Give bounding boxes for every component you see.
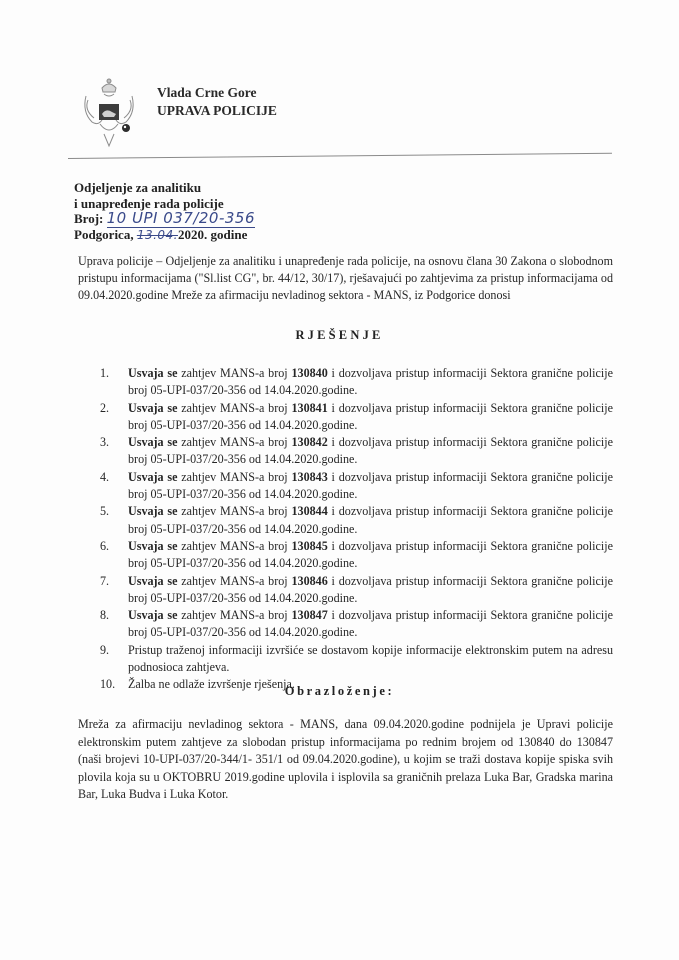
item-request-number: 130841: [291, 401, 327, 415]
decision-item: 1.Usvaja se zahtjev MANS-a broj 130840 i…: [100, 365, 613, 400]
handwritten-date: 13.04.: [137, 228, 178, 242]
item-request-number: 130843: [291, 470, 327, 484]
item-number: 5.: [100, 503, 109, 520]
number-label: Broj:: [74, 211, 103, 226]
item-number: 3.: [100, 434, 109, 451]
item-request-number: 130845: [291, 539, 327, 553]
intro-paragraph: Uprava policije – Odjeljenje za analitik…: [78, 253, 613, 304]
item-bold-lead: Usvaja se: [128, 401, 178, 415]
decision-list: 1.Usvaja se zahtjev MANS-a broj 130840 i…: [100, 365, 613, 694]
document-page: Vlada Crne Gore UPRAVA POLICIJE Odjeljen…: [0, 0, 679, 960]
decision-item: 8.Usvaja se zahtjev MANS-a broj 130847 i…: [100, 607, 613, 642]
item-text: zahtjev MANS-a broj: [178, 539, 292, 553]
item-number: 4.: [100, 469, 109, 486]
item-text: zahtjev MANS-a broj: [178, 366, 292, 380]
place-date-line: Podgorica, 13.04.2020. godine: [74, 227, 255, 244]
item-request-number: 130842: [291, 435, 327, 449]
decision-item: 6.Usvaja se zahtjev MANS-a broj 130845 i…: [100, 538, 613, 573]
item-text: zahtjev MANS-a broj: [178, 574, 292, 588]
letterhead: Vlada Crne Gore UPRAVA POLICIJE: [157, 84, 277, 120]
government-name: Vlada Crne Gore: [157, 84, 277, 102]
item-bold-lead: Usvaja se: [128, 574, 178, 588]
decision-item: 3.Usvaja se zahtjev MANS-a broj 130842 i…: [100, 434, 613, 469]
item-bold-lead: Usvaja se: [128, 608, 178, 622]
item-number: 7.: [100, 573, 109, 590]
item-bold-lead: Usvaja se: [128, 470, 178, 484]
montenegro-coat-of-arms-icon: [78, 76, 140, 150]
item-text: zahtjev MANS-a broj: [178, 435, 292, 449]
decision-item: 9.Pristup traženoj informaciji izvršiće …: [100, 642, 613, 677]
place-label: Podgorica,: [74, 227, 134, 242]
reference-block: Odjeljenje za analitiku i unapređenje ra…: [74, 180, 255, 243]
item-text: Pristup traženoj informaciji izvršiće se…: [128, 643, 613, 674]
handwritten-number: 10 UPI 037/20-356: [107, 209, 255, 228]
item-bold-lead: Usvaja se: [128, 504, 178, 518]
authority-name: UPRAVA POLICIJE: [157, 102, 277, 120]
department-line-1: Odjeljenje za analitiku: [74, 180, 255, 196]
item-number: 9.: [100, 642, 109, 659]
item-number: 6.: [100, 538, 109, 555]
item-number: 8.: [100, 607, 109, 624]
item-request-number: 130847: [291, 608, 327, 622]
decision-heading: RJEŠENJE: [0, 328, 679, 343]
item-bold-lead: Usvaja se: [128, 366, 178, 380]
decision-item: 2.Usvaja se zahtjev MANS-a broj 130841 i…: [100, 400, 613, 435]
item-text: zahtjev MANS-a broj: [178, 470, 292, 484]
decision-item: 4.Usvaja se zahtjev MANS-a broj 130843 i…: [100, 469, 613, 504]
letterhead-divider: [68, 153, 612, 159]
item-number: 1.: [100, 365, 109, 382]
item-bold-lead: Usvaja se: [128, 539, 178, 553]
item-request-number: 130846: [291, 574, 327, 588]
reference-number-line: Broj: 10 UPI 037/20-356: [74, 211, 255, 227]
reasoning-heading: Obrazloženje:: [0, 684, 679, 699]
item-text: zahtjev MANS-a broj: [178, 608, 292, 622]
decision-item: 5.Usvaja se zahtjev MANS-a broj 130844 i…: [100, 503, 613, 538]
item-request-number: 130844: [291, 504, 327, 518]
item-number: 2.: [100, 400, 109, 417]
date-suffix: 2020. godine: [178, 227, 247, 242]
item-request-number: 130840: [291, 366, 327, 380]
reasoning-paragraph: Mreža za afirmaciju nevladinog sektora -…: [78, 716, 613, 804]
decision-item: 7.Usvaja se zahtjev MANS-a broj 130846 i…: [100, 573, 613, 608]
item-bold-lead: Usvaja se: [128, 435, 178, 449]
item-text: zahtjev MANS-a broj: [178, 401, 292, 415]
item-text: zahtjev MANS-a broj: [178, 504, 292, 518]
